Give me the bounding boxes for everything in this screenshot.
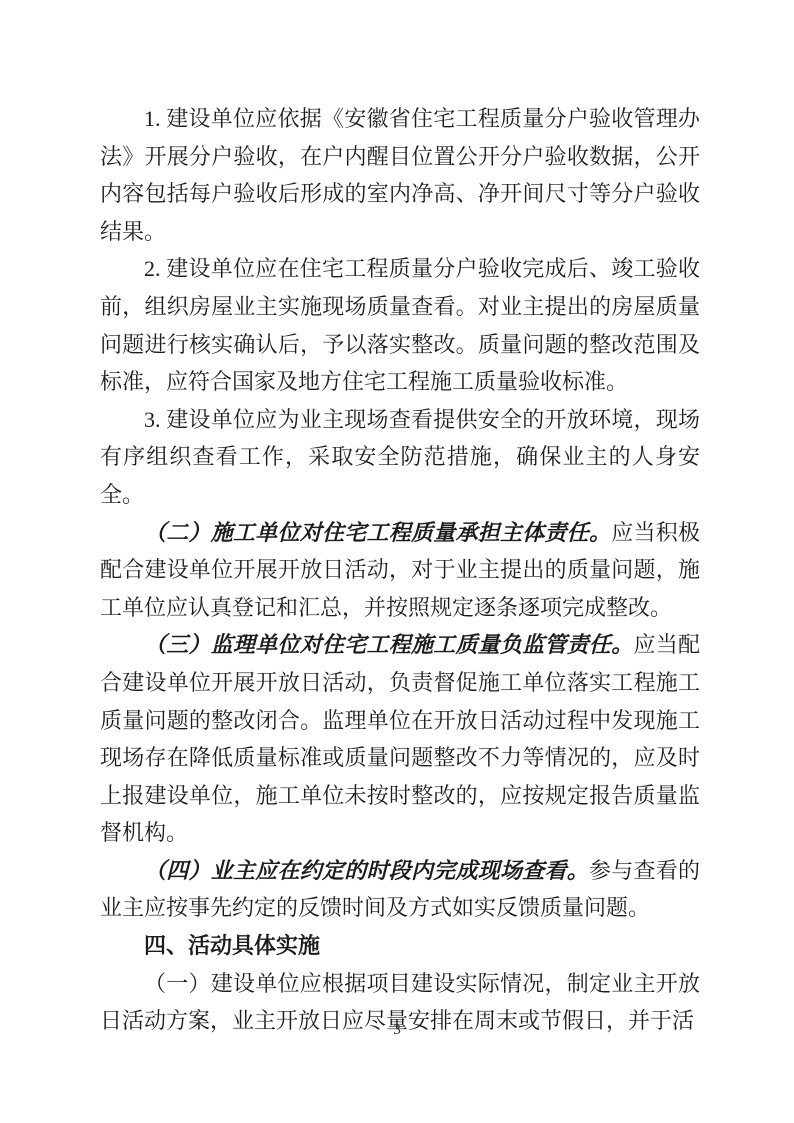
- paragraph-numbered-1: 1. 建设单位应依据《安徽省住宅工程质量分户验收管理办法》开展分户验收，在户内醒…: [100, 100, 700, 250]
- document-body: 1. 建设单位应依据《安徽省住宅工程质量分户验收管理办法》开展分户验收，在户内醒…: [100, 100, 700, 1040]
- paragraph-item-3: （三）监理单位对住宅工程施工质量负监管责任。应当配合建设单位开展开放日活动，负责…: [100, 626, 700, 852]
- paragraph-item-2: （二）施工单位对住宅工程质量承担主体责任。应当积极配合建设单位开展开放日活动，对…: [100, 514, 700, 627]
- paragraph-numbered-3: 3. 建设单位应为业主现场查看提供安全的开放环境，现场有序组织查看工作，采取安全…: [100, 401, 700, 514]
- page-number: 3: [0, 1022, 794, 1039]
- item-lead-text: （三）监理单位对住宅工程施工质量负监管责任。: [144, 632, 633, 657]
- section-heading: 四、活动具体实施: [100, 927, 700, 965]
- item-body-text: 应当配合建设单位开展开放日活动，负责督促施工单位落实工程施工质量问题的整改闭合。…: [100, 632, 700, 845]
- document-page: 1. 建设单位应依据《安徽省住宅工程质量分户验收管理办法》开展分户验收，在户内醒…: [0, 0, 794, 1123]
- paragraph-numbered-2: 2. 建设单位应在住宅工程质量分户验收完成后、竣工验收前，组织房屋业主实施现场质…: [100, 250, 700, 400]
- paragraph-item-4: （四）业主应在约定的时段内完成现场查看。参与查看的业主应按事先约定的反馈时间及方…: [100, 852, 700, 927]
- item-lead-text: （二）施工单位对住宅工程质量承担主体责任。: [144, 520, 611, 545]
- item-lead-text: （四）业主应在约定的时段内完成现场查看。: [144, 858, 589, 883]
